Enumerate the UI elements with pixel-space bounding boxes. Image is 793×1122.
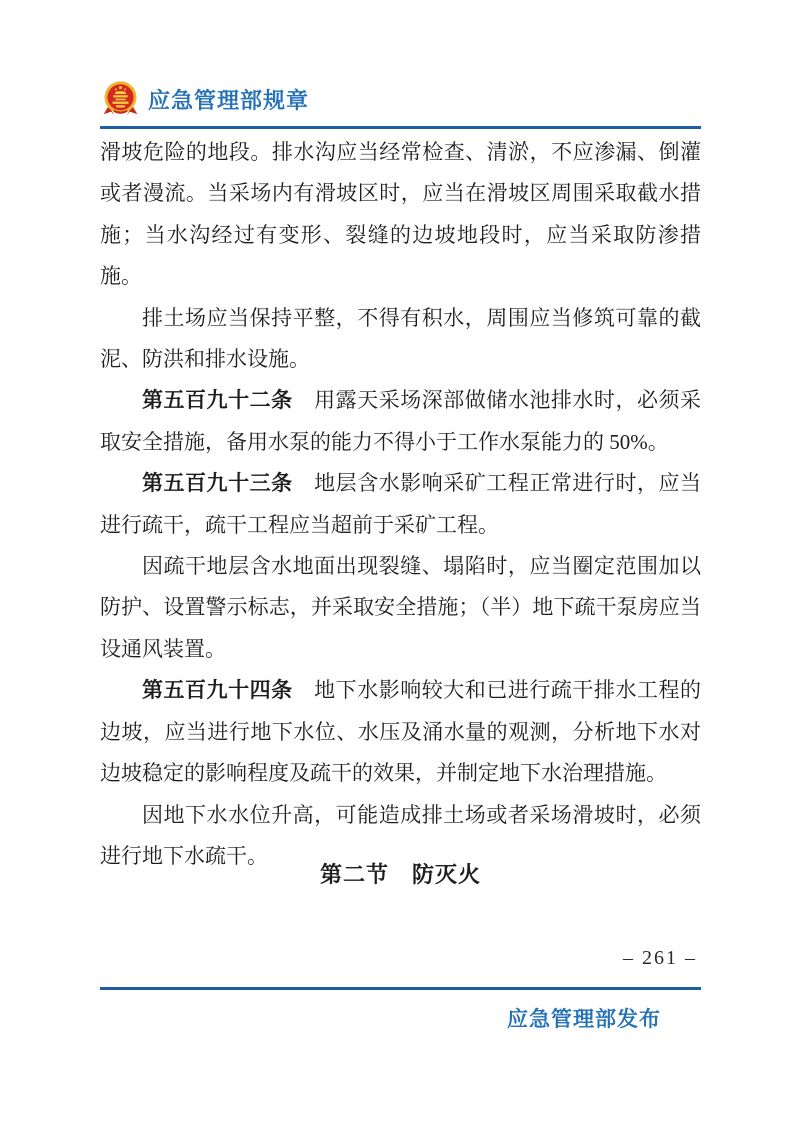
page-number: – 261 – [100, 947, 701, 970]
header-divider [100, 126, 701, 129]
paragraph: 滑坡危险的地段。排水沟应当经常检查、清淤，不应渗漏、倒灌或者漫流。当采场内有滑坡… [100, 132, 701, 298]
paragraph-text: 滑坡危险的地段。排水沟应当经常检查、清淤，不应渗漏、倒灌或者漫流。当采场内有滑坡… [100, 140, 701, 288]
paragraph-text: 因疏干地层含水地面出现裂缝、塌陷时，应当圈定范围加以防护、设置警示标志，并采取安… [100, 554, 701, 661]
article-number: 第五百九十三条 [142, 471, 293, 495]
section-heading: 第二节 防灭火 [100, 858, 701, 889]
page-header: 应急管理部规章 [102, 79, 309, 119]
document-body: 滑坡危险的地段。排水沟应当经常检查、清淤，不应渗漏、倒灌或者漫流。当采场内有滑坡… [100, 132, 701, 877]
paragraph: 第五百九十四条 地下水影响较大和已进行疏干排水工程的边坡，应当进行地下水位、水压… [100, 670, 701, 794]
paragraph: 第五百九十三条 地层含水影响采矿工程正常进行时，应当进行疏干，疏干工程应当超前于… [100, 463, 701, 546]
national-emblem-icon [102, 79, 139, 119]
document-page: 应急管理部规章 滑坡危险的地段。排水沟应当经常检查、清淤，不应渗漏、倒灌或者漫流… [0, 0, 793, 1122]
article-number: 第五百九十二条 [142, 388, 293, 412]
publisher-label: 应急管理部发布 [100, 1003, 701, 1033]
paragraph: 第五百九十二条 用露天采场深部做储水池排水时，必须采取安全措施，备用水泵的能力不… [100, 380, 701, 463]
paragraph: 排土场应当保持平整，不得有积水，周围应当修筑可靠的截泥、防洪和排水设施。 [100, 298, 701, 381]
paragraph: 因疏干地层含水地面出现裂缝、塌陷时，应当圈定范围加以防护、设置警示标志，并采取安… [100, 546, 701, 670]
article-number: 第五百九十四条 [142, 678, 293, 702]
footer-divider [100, 987, 701, 990]
page-header-title: 应急管理部规章 [148, 84, 309, 115]
paragraph-text: 排土场应当保持平整，不得有积水，周围应当修筑可靠的截泥、防洪和排水设施。 [100, 306, 701, 371]
